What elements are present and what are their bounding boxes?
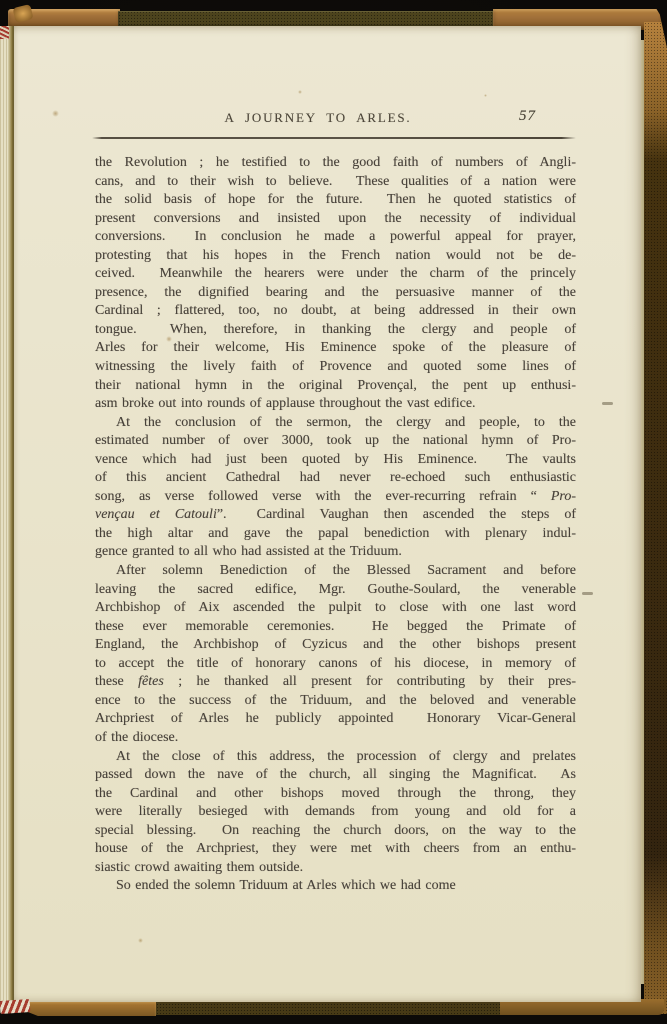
text-line: estimated number of over 3000, took up t… <box>95 432 576 451</box>
foxing-spot <box>138 938 143 943</box>
text-line: vence which had just been quoted by His … <box>95 451 576 470</box>
text-line: cans, and to their wish to believe. Thes… <box>95 173 576 192</box>
header-rule <box>92 137 576 139</box>
text-line: leaving the sacred edifice, Mgr. Gouthe-… <box>95 581 576 600</box>
text-line: At the close of this address, the proces… <box>95 748 576 767</box>
book-cover-edge-right <box>644 22 667 1014</box>
page-body-text: the Revolution ; he testified to the goo… <box>95 154 576 896</box>
text-line: protesting that his hopes in the French … <box>95 247 576 266</box>
text-line: of this ancient Cathedral had never re-e… <box>95 469 576 488</box>
book-cover-edge-bottom-left <box>16 1001 156 1016</box>
text-line: At the conclusion of the sermon, the cle… <box>95 414 576 433</box>
text-line: present conversions and insisted upon th… <box>95 210 576 229</box>
text-line: house of the Archpriest, they were met w… <box>95 840 576 859</box>
text-line: England, the Archbishop of Cyzicus and t… <box>95 636 576 655</box>
page-number: 57 <box>519 108 536 125</box>
text-line: ceived. Meanwhile the hearers were under… <box>95 265 576 284</box>
running-head-title: A JOURNEY TO ARLES. <box>95 110 575 126</box>
text-line: were literally besieged with demands fro… <box>95 803 576 822</box>
text-line: these fêtes ; he thanked all present for… <box>95 673 576 692</box>
text-line: siastic crowd awaiting them outside. <box>95 859 576 878</box>
text-line: the Revolution ; he testified to the goo… <box>95 154 576 173</box>
text-line: After solemn Benediction of the Blessed … <box>95 562 576 581</box>
book-cover-edge-bottom-olive <box>156 1000 500 1015</box>
text-line: passed down the nave of the church, all … <box>95 766 576 785</box>
text-line: ence to the success of the Triduum, and … <box>95 692 576 711</box>
foxing-spot <box>484 94 487 97</box>
text-line: witnessing the lively faith of Provence … <box>95 358 576 377</box>
headband-bottom <box>0 999 30 1014</box>
scan-artifact <box>582 592 593 595</box>
text-line: the Cardinal and other bishops moved thr… <box>95 785 576 804</box>
text-line: the high altar and gave the papal benedi… <box>95 525 576 544</box>
text-line: Cardinal ; flattered, too, no doubt, at … <box>95 302 576 321</box>
text-line: their national hymn in the original Prov… <box>95 377 576 396</box>
text-line: Archpriest of Arles he publicly appointe… <box>95 710 576 729</box>
text-line: song, as verse followed verse with the e… <box>95 488 576 507</box>
text-line: to accept the title of honorary canons o… <box>95 655 576 674</box>
text-line: vençau et Catouli”. Cardinal Vaughan the… <box>95 506 576 525</box>
text-line: presence, the dignified bearing and the … <box>95 284 576 303</box>
scan-artifact <box>602 402 613 405</box>
text-line: So ended the solemn Triduum at Arles whi… <box>95 877 576 896</box>
text-line: of the diocese. <box>95 729 576 748</box>
text-line: conversions. In conclusion he made a pow… <box>95 228 576 247</box>
book-scan: A JOURNEY TO ARLES. 57 the Revolution ; … <box>0 0 667 1024</box>
foxing-spot <box>52 110 59 117</box>
text-line: the solid basis of hope for the future. … <box>95 191 576 210</box>
headband-top <box>0 26 9 39</box>
text-line: special blessing. On reaching the church… <box>95 822 576 841</box>
text-line: Arles for their welcome, His Eminence sp… <box>95 339 576 358</box>
text-line: these ever memorable ceremonies. He begg… <box>95 618 576 637</box>
text-line: gence granted to all who had assisted at… <box>95 543 576 562</box>
text-line: Archbishop of Aix ascended the pulpit to… <box>95 599 576 618</box>
text-line: asm broke out into rounds of applause th… <box>95 395 576 414</box>
foxing-spot <box>166 336 172 342</box>
running-head: A JOURNEY TO ARLES. 57 <box>95 110 575 132</box>
book-page: A JOURNEY TO ARLES. 57 the Revolution ; … <box>14 26 641 1002</box>
foxing-spot <box>298 90 302 94</box>
